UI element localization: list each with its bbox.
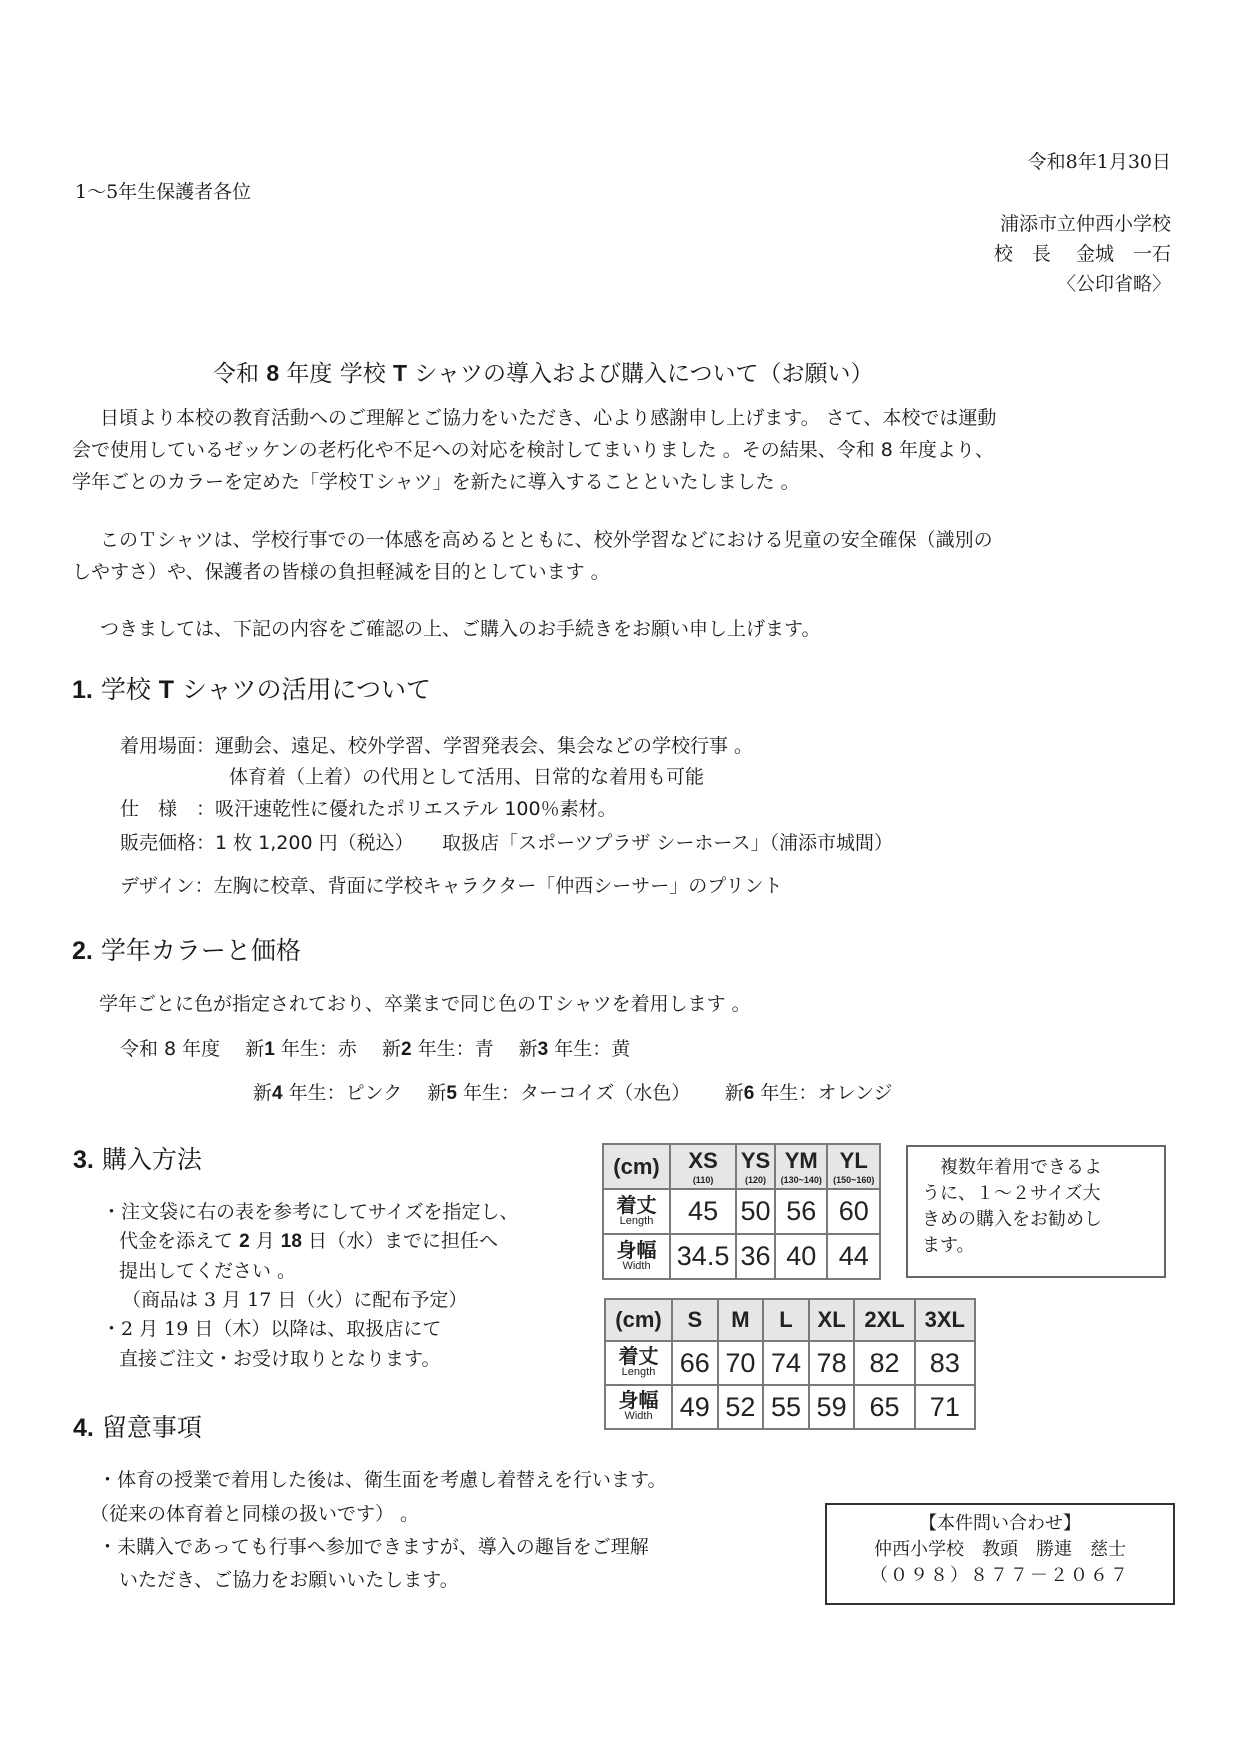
purchase-line2-c: 日（水）までに担任へ [308,1230,498,1252]
size-advice-line4: ます。 [922,1233,1150,1259]
row-label-en: Width [604,1261,669,1271]
design-row: デザイン：左胸に校章、背面に学校キャラクター「仲西シーサー」のプリント [120,877,783,896]
intro-p1-line3: 学年ごとのカラーを定めた「学校Ｔシャツ」を新たに導入することといたしました 。 [72,473,800,492]
grade-1: 新1 年生：赤 [245,1038,357,1060]
cell: 49 [672,1385,718,1429]
row-label-length: 着丈Length [605,1341,672,1385]
cell: 71 [915,1385,975,1429]
purchase-line4: （商品は 3 月 17 日（火）に配布予定） [122,1291,467,1310]
notes-line3: ・未購入であっても行事へ参加できますが、導入の趣旨をご理解 [98,1538,649,1557]
section2-number: 2. [72,937,93,965]
intro-p1-line2: 会で使用しているゼッケンの老朽化や不足への対応を検討してまいりました 。その結果… [72,441,994,460]
cell: 82 [854,1341,914,1385]
cell: 55 [763,1385,809,1429]
section4-number: 4. [73,1414,94,1442]
table-row: 着丈Length 66 70 74 78 82 83 [605,1341,975,1385]
cell: 70 [718,1341,764,1385]
cell: 44 [827,1234,880,1279]
size-col-m: M [718,1299,764,1341]
price-row: 販売価格：1 枚 1,200 円（税込） 取扱店「スポーツプラザ シーホース」（… [120,834,893,853]
section2-title: 学年カラーと価格 [101,936,301,965]
usage-scene-line2: 体育着（上着）の代用として活用、日常的な着用も可能 [229,768,704,787]
cell: 65 [854,1385,914,1429]
cell: 40 [775,1234,827,1279]
grade-suffix: 年生： [281,1038,338,1060]
notes-line4: いただき、ご協力をお願いいたします。 [119,1571,459,1590]
size-col-ym: YM(130~140) [775,1144,827,1189]
size-label: YM [785,1148,818,1173]
cell: 52 [718,1385,764,1429]
cell: 66 [672,1341,718,1385]
grade-colors-row1: 令和 8 年度 新1 年生：赤 新2 年生：青 新3 年生：黄 [120,1040,630,1059]
size-advice-line3: きめの購入をお勧めし [922,1207,1150,1233]
size-label: XS [688,1148,717,1173]
grade-number: 1 [264,1039,275,1060]
grade-suffix: 年生： [554,1038,611,1060]
size-advice-line1: 複数年着用できるよ [922,1155,1150,1181]
size-label: YL [840,1148,868,1173]
size-advice-box: 複数年着用できるよ うに、１～２サイズ大 きめの購入をお勧めし ます。 [906,1145,1166,1278]
cell: 59 [809,1385,855,1429]
title-year: 8 [266,360,279,386]
principal: 校 長 金城 一石 [994,245,1171,264]
section4-heading: 4. 留意事項 [73,1415,202,1441]
contact-heading: 【本件問い合わせ】 [827,1511,1173,1537]
title-suffix: シャツの導入および購入について（お願い） [414,361,873,387]
grade-5: 新5 年生：ターコイズ（水色） [427,1082,680,1104]
price-value: 1 枚 1,200 円（税込） [215,832,404,854]
grade-3: 新3 年生：黄 [519,1038,631,1060]
purchase-line3: 提出してください 。 [119,1262,296,1281]
size-label: YS [741,1148,770,1173]
principal-name: 金城 一石 [1076,243,1171,265]
recipient: 1～5年生保護者各位 [75,183,251,202]
section2-heading: 2. 学年カラーと価格 [72,938,301,964]
purchase-line5: ・2 月 19 日（木）以降は、取扱店にて [102,1320,441,1339]
purchase-line1: ・注文袋に右の表を参考にしてサイズを指定し、 [102,1203,518,1222]
size-col-l: L [763,1299,809,1341]
store-value: 取扱店「スポーツプラザ シーホース」（浦添市城間） [442,832,893,854]
size-table-adult: (cm) S M L XL 2XL 3XL 着丈Length 66 70 74 … [604,1298,976,1430]
grade-number: 2 [401,1039,412,1060]
contact-box: 【本件問い合わせ】 仲西小学校 教頭 勝連 慈士 （０９８）８７７－２０６７ [825,1503,1175,1605]
deadline-day: 18 [281,1231,302,1252]
grade-6: 新6 年生：オレンジ [725,1082,893,1104]
table-row: 身幅Width 49 52 55 59 65 71 [605,1385,975,1429]
section1-title-a: 学校 [101,675,151,704]
grade-color: 青 [475,1038,494,1060]
row-label-en: Width [606,1411,671,1421]
grade-suffix: 年生： [289,1082,346,1104]
purchase-line2-a: 代金を添えて [119,1230,233,1252]
section4-title: 留意事項 [102,1413,202,1442]
grade-number: 6 [744,1083,755,1104]
row-label-length: 着丈Length [603,1189,670,1234]
document-date: 令和8年1月30日 [1028,153,1171,172]
cell: 50 [736,1189,775,1234]
grade-color: 赤 [338,1038,357,1060]
row-label-width: 身幅Width [605,1385,672,1429]
size-col-xl: XL [809,1299,855,1341]
grade-colors-row2: 新4 年生：ピンク 新5 年生：ターコイズ（水色） 新6 年生：オレンジ [253,1084,893,1103]
intro-p2-line1: このＴシャツは、学校行事での一体感を高めるとともに、校外学習などにおける児童の安… [100,531,993,550]
grade-prefix: 新 [427,1082,446,1104]
grade-suffix: 年生： [418,1038,475,1060]
row-label-jp: 身幅 [619,1390,659,1412]
size-height: (110) [671,1175,735,1185]
purchase-line2-b: 月 [256,1230,275,1252]
usage-scene-value: 運動会、遠足、校外学習、学習発表会、集会などの学校行事 。 [215,735,753,757]
grade-prefix: 新 [245,1038,264,1060]
unit-label: (cm) [605,1299,672,1341]
section3-title: 購入方法 [102,1145,202,1174]
section3-heading: 3. 購入方法 [73,1147,202,1173]
title-prefix: 令和 [213,361,259,387]
row-label-jp: 身幅 [617,1240,657,1262]
section1-title-t: T [159,676,174,704]
size-col-2xl: 2XL [854,1299,914,1341]
grade-suffix: 年生： [760,1082,817,1104]
grade-2: 新2 年生：青 [382,1038,494,1060]
section1-heading: 1. 学校 T シャツの活用について [72,677,431,703]
contact-person: 仲西小学校 教頭 勝連 慈士 [827,1537,1173,1563]
cell: 78 [809,1341,855,1385]
grade-prefix: 新 [519,1038,538,1060]
intro-p3: つきましては、下記の内容をご確認の上、ご購入のお手続きをお願い申し上げます。 [100,620,820,639]
table-row: 着丈Length 45 50 56 60 [603,1189,880,1234]
grade-number: 3 [538,1039,549,1060]
size-height: (150~160) [828,1175,879,1185]
size-col-3xl: 3XL [915,1299,975,1341]
section1-title-b: シャツの活用について [182,675,431,704]
size-height: (130~140) [776,1175,826,1185]
grade-color-desc: 学年ごとに色が指定されており、卒業まで同じ色のＴシャツを着用します 。 [99,995,751,1014]
row-label-en: Length [604,1216,669,1226]
cell: 34.5 [670,1234,736,1279]
spec-label: 仕 様 ： [120,798,215,820]
row-label-jp: 着丈 [617,1195,657,1217]
spec-row: 仕 様 ：吸汗速乾性に優れたポリエステル 100％素材。 [120,800,617,819]
title-middle: 年度 学校 [286,361,385,387]
row-label-width: 身幅Width [603,1234,670,1279]
size-table-kids: (cm) XS(110) YS(120) YM(130~140) YL(150~… [602,1143,881,1280]
cell: 83 [915,1341,975,1385]
row-label-en: Length [606,1367,671,1377]
grade-color: ターコイズ（水色） [520,1082,681,1104]
page-title: 令和 8 年度 学校 T シャツの導入および購入について（お願い） [213,355,874,388]
seal-note: 〈公印省略〉 [1057,275,1171,294]
contact-phone: （０９８）８７７－２０６７ [827,1563,1173,1589]
size-advice-line2: うに、１～２サイズ大 [922,1181,1150,1207]
cell: 56 [775,1189,827,1234]
purchase-line2: 代金を添えて 2 月 18 日（水）までに担任へ [119,1232,498,1251]
size-col-ys: YS(120) [736,1144,775,1189]
cell: 60 [827,1189,880,1234]
grade-suffix: 年生： [463,1082,520,1104]
purchase-line6: 直接ご注文・お受け取りとなります。 [119,1350,440,1369]
spec-value: 吸汗速乾性に優れたポリエステル 100％素材。 [215,798,617,820]
grade-color: オレンジ [817,1082,892,1104]
cell: 45 [670,1189,736,1234]
size-col-yl: YL(150~160) [827,1144,880,1189]
grade-prefix: 新 [253,1082,272,1104]
grade-number: 5 [446,1083,457,1104]
usage-scene-label: 着用場面： [120,735,215,757]
table-row: 身幅Width 34.5 36 40 44 [603,1234,880,1279]
grade-4: 新4 年生：ピンク [253,1082,402,1104]
school-name: 浦添市立仲西小学校 [1000,215,1171,234]
usage-scene-row: 着用場面：運動会、遠足、校外学習、学習発表会、集会などの学校行事 。 [120,737,753,756]
intro-p1-line1: 日頃より本校の教育活動へのご理解とご協力をいただき、心より感謝申し上げます。 さ… [100,409,996,428]
year-label: 令和 8 年度 [120,1038,220,1060]
grade-color: 黄 [611,1038,630,1060]
title-t: T [393,360,407,386]
section3-number: 3. [73,1146,94,1174]
design-value: 左胸に校章、背面に学校キャラクター「仲西シーサー」のプリント [214,875,783,897]
size-col-s: S [672,1299,718,1341]
size-col-xs: XS(110) [670,1144,736,1189]
design-label: デザイン： [120,875,214,897]
size-height: (120) [737,1175,774,1185]
grade-prefix: 新 [382,1038,401,1060]
price-label: 販売価格： [120,832,215,854]
grade-color: ピンク [346,1082,403,1104]
grade-prefix: 新 [725,1082,744,1104]
grade-number: 4 [272,1083,283,1104]
notes-line1: ・体育の授業で着用した後は、衛生面を考慮し着替えを行います。 [98,1471,666,1490]
deadline-month: 2 [239,1231,250,1252]
cell: 36 [736,1234,775,1279]
notes-line2: （従来の体育着と同様の扱いです） 。 [90,1505,419,1524]
section1-number: 1. [72,676,93,704]
intro-p2-line2: しやすさ）や、保護者の皆様の負担軽減を目的としています 。 [72,563,610,582]
row-label-jp: 着丈 [619,1346,659,1368]
principal-title: 校 長 [994,243,1051,265]
unit-label: (cm) [603,1144,670,1189]
cell: 74 [763,1341,809,1385]
